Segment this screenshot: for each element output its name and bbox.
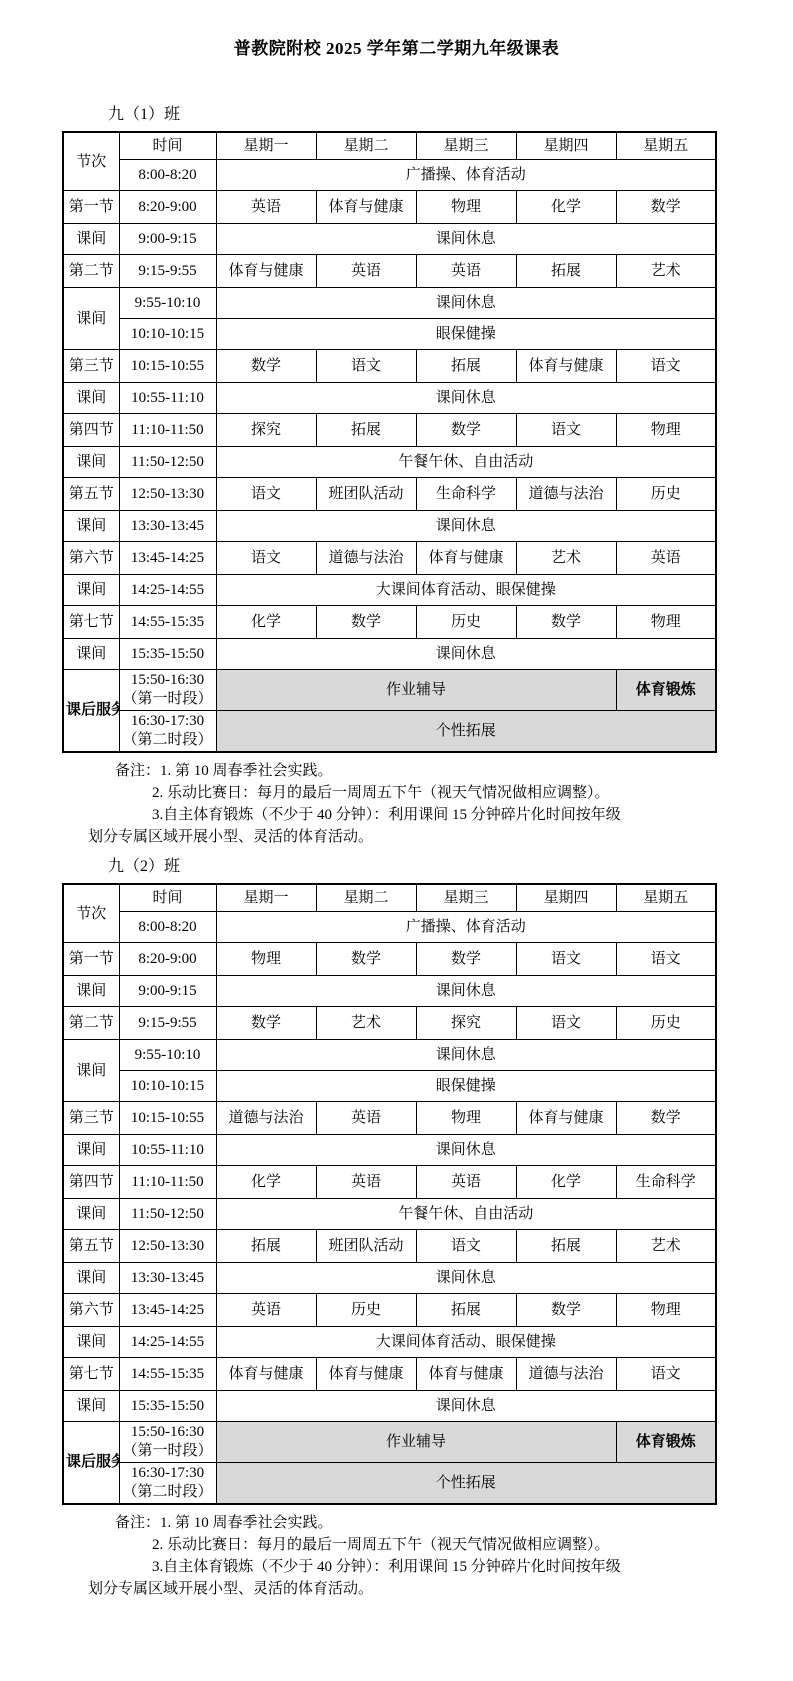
activity-cell: 课间休息 <box>216 1263 716 1294</box>
subject-cell: 数学 <box>316 606 416 639</box>
period-cell: 课后服务 <box>63 1422 119 1505</box>
subject-cell: 探究 <box>416 1007 516 1040</box>
time-cell: 9:00-9:15 <box>119 976 216 1007</box>
subject-cell: 化学 <box>216 606 316 639</box>
subject-cell: 拓展 <box>216 1230 316 1263</box>
period-cell: 第一节 <box>63 191 119 224</box>
time-cell: 11:50-12:50 <box>119 1199 216 1230</box>
time-cell: 9:15-9:55 <box>119 1007 216 1040</box>
activity-cell: 大课间体育活动、眼保健操 <box>216 1327 716 1358</box>
time-cell: 8:00-8:20 <box>119 912 216 943</box>
subject-cell: 艺术 <box>516 542 616 575</box>
activity-cell: 午餐午休、自由活动 <box>216 1199 716 1230</box>
subject-cell: 数学 <box>516 1294 616 1327</box>
activity-cell: 课间休息 <box>216 383 716 414</box>
subject-cell: 语文 <box>316 350 416 383</box>
period-cell: 课间 <box>63 447 119 478</box>
subject-cell: 道德与法治 <box>516 1358 616 1391</box>
period-cell: 第一节 <box>63 943 119 976</box>
day-header: 星期四 <box>516 132 616 160</box>
activity-cell: 课间休息 <box>216 639 716 670</box>
period-cell: 课间 <box>63 511 119 542</box>
subject-cell: 道德与法治 <box>516 478 616 511</box>
time-cell: 10:55-11:10 <box>119 1135 216 1166</box>
time-cell: 9:15-9:55 <box>119 255 216 288</box>
subject-cell: 生命科学 <box>616 1166 716 1199</box>
period-cell: 课间 <box>63 383 119 414</box>
page-title: 普教院附校 2025 学年第二学期九年级课表 <box>0 34 793 59</box>
activity-cell: 课间休息 <box>216 1040 716 1071</box>
activity-cell: 作业辅导 <box>216 1422 616 1463</box>
subject-cell: 数学 <box>216 1007 316 1040</box>
subject-cell: 体育与健康 <box>216 255 316 288</box>
time-cell: 14:25-14:55 <box>119 1327 216 1358</box>
time-cell: 12:50-13:30 <box>119 478 216 511</box>
time-cell: 15:35-15:50 <box>119 1391 216 1422</box>
activity-cell: 课间休息 <box>216 976 716 1007</box>
friday-activity-cell: 体育锻炼 <box>616 1422 716 1463</box>
day-header: 星期四 <box>516 884 616 912</box>
subject-cell: 班团队活动 <box>316 1230 416 1263</box>
day-header: 星期三 <box>416 132 516 160</box>
activity-cell: 课间休息 <box>216 511 716 542</box>
time-cell: 10:10-10:15 <box>119 1071 216 1102</box>
subject-cell: 拓展 <box>416 1294 516 1327</box>
subject-cell: 英语 <box>316 255 416 288</box>
activity-cell: 眼保健操 <box>216 319 716 350</box>
period-cell: 课后服务 <box>63 670 119 753</box>
subject-cell: 语文 <box>216 542 316 575</box>
subject-cell: 数学 <box>416 943 516 976</box>
subject-cell: 语文 <box>616 350 716 383</box>
time-col-header: 时间 <box>119 132 216 160</box>
note-line: 划分专属区域开展小型、灵活的体育活动。 <box>88 826 720 848</box>
subject-cell: 体育与健康 <box>416 542 516 575</box>
subject-cell: 历史 <box>316 1294 416 1327</box>
subject-cell: 物理 <box>616 1294 716 1327</box>
time-col-header: 时间 <box>119 884 216 912</box>
subject-cell: 数学 <box>616 191 716 224</box>
note-line: 3.自主体育锻炼（不少于 40 分钟）：利用课间 15 分钟碎片化时间按年级 <box>152 804 720 826</box>
time-cell: 10:10-10:15 <box>119 319 216 350</box>
period-cell: 课间 <box>63 639 119 670</box>
period-cell: 第五节 <box>63 1230 119 1263</box>
subject-cell: 英语 <box>316 1102 416 1135</box>
period-cell: 第二节 <box>63 255 119 288</box>
time-cell: 14:25-14:55 <box>119 575 216 606</box>
class-1-timetable: 节次时间星期一星期二星期三星期四星期五8:00-8:20广播操、体育活动第一节8… <box>62 131 717 753</box>
period-cell: 第七节 <box>63 1358 119 1391</box>
subject-cell: 语文 <box>516 1007 616 1040</box>
activity-cell: 课间休息 <box>216 224 716 255</box>
subject-cell: 拓展 <box>416 350 516 383</box>
subject-cell: 语文 <box>516 943 616 976</box>
time-cell: 8:00-8:20 <box>119 160 216 191</box>
subject-cell: 数学 <box>216 350 316 383</box>
subject-cell: 艺术 <box>616 1230 716 1263</box>
subject-cell: 化学 <box>216 1166 316 1199</box>
schedule-document: 普教院附校 2025 学年第二学期九年级课表 九（1）班 节次时间星期一星期二星… <box>0 0 793 1600</box>
period-cell: 第二节 <box>63 1007 119 1040</box>
subject-cell: 拓展 <box>316 414 416 447</box>
period-cell: 课间 <box>63 976 119 1007</box>
friday-activity-cell: 体育锻炼 <box>616 670 716 711</box>
subject-cell: 生命科学 <box>416 478 516 511</box>
subject-cell: 道德与法治 <box>216 1102 316 1135</box>
day-header: 星期二 <box>316 884 416 912</box>
time-cell: 13:45-14:25 <box>119 1294 216 1327</box>
subject-cell: 历史 <box>616 478 716 511</box>
period-cell: 第七节 <box>63 606 119 639</box>
class-2-notes: 备注：1. 第 10 周春季社会实践。2. 乐动比赛日：每月的最后一周周五下午（… <box>88 1512 720 1600</box>
subject-cell: 数学 <box>316 943 416 976</box>
time-cell: 8:20-9:00 <box>119 191 216 224</box>
period-cell: 第六节 <box>63 542 119 575</box>
subject-cell: 班团队活动 <box>316 478 416 511</box>
note-line: 2. 乐动比赛日：每月的最后一周周五下午（视天气情况做相应调整）。 <box>152 782 720 804</box>
period-cell: 课间 <box>63 1199 119 1230</box>
note-line: 3.自主体育锻炼（不少于 40 分钟）：利用课间 15 分钟碎片化时间按年级 <box>152 1556 720 1578</box>
subject-cell: 物理 <box>616 606 716 639</box>
subject-cell: 道德与法治 <box>316 542 416 575</box>
time-cell: 11:10-11:50 <box>119 1166 216 1199</box>
time-cell: 16:30-17:30（第二时段） <box>119 711 216 753</box>
subject-cell: 数学 <box>416 414 516 447</box>
period-cell: 第四节 <box>63 414 119 447</box>
period-cell: 课间 <box>63 1040 119 1102</box>
subject-cell: 物理 <box>416 1102 516 1135</box>
time-cell: 14:55-15:35 <box>119 606 216 639</box>
subject-cell: 探究 <box>216 414 316 447</box>
period-cell: 第五节 <box>63 478 119 511</box>
period-cell: 课间 <box>63 224 119 255</box>
subject-cell: 英语 <box>616 542 716 575</box>
time-cell: 13:30-13:45 <box>119 511 216 542</box>
subject-cell: 英语 <box>416 1166 516 1199</box>
day-header: 星期一 <box>216 884 316 912</box>
day-header: 星期二 <box>316 132 416 160</box>
subject-cell: 语文 <box>616 943 716 976</box>
subject-cell: 语文 <box>216 478 316 511</box>
subject-cell: 体育与健康 <box>516 350 616 383</box>
day-header: 星期五 <box>616 132 716 160</box>
day-header: 星期五 <box>616 884 716 912</box>
subject-cell: 英语 <box>316 1166 416 1199</box>
subject-cell: 语文 <box>416 1230 516 1263</box>
activity-cell: 大课间体育活动、眼保健操 <box>216 575 716 606</box>
note-line: 备注：1. 第 10 周春季社会实践。 <box>115 1512 720 1534</box>
time-cell: 15:35-15:50 <box>119 639 216 670</box>
period-col-header: 节次 <box>63 132 119 191</box>
subject-cell: 物理 <box>616 414 716 447</box>
day-header: 星期一 <box>216 132 316 160</box>
time-cell: 14:55-15:35 <box>119 1358 216 1391</box>
time-cell: 9:00-9:15 <box>119 224 216 255</box>
subject-cell: 英语 <box>216 1294 316 1327</box>
period-cell: 第六节 <box>63 1294 119 1327</box>
period-cell: 第四节 <box>63 1166 119 1199</box>
subject-cell: 艺术 <box>616 255 716 288</box>
activity-cell: 课间休息 <box>216 1391 716 1422</box>
time-cell: 11:10-11:50 <box>119 414 216 447</box>
time-cell: 8:20-9:00 <box>119 943 216 976</box>
subject-cell: 拓展 <box>516 1230 616 1263</box>
time-cell: 9:55-10:10 <box>119 288 216 319</box>
subject-cell: 英语 <box>216 191 316 224</box>
time-cell: 11:50-12:50 <box>119 447 216 478</box>
class-1-notes: 备注：1. 第 10 周春季社会实践。2. 乐动比赛日：每月的最后一周周五下午（… <box>88 760 720 848</box>
subject-cell: 物理 <box>416 191 516 224</box>
note-line: 划分专属区域开展小型、灵活的体育活动。 <box>88 1578 720 1600</box>
time-cell: 13:30-13:45 <box>119 1263 216 1294</box>
time-cell: 15:50-16:30（第一时段） <box>119 670 216 711</box>
subject-cell: 化学 <box>516 1166 616 1199</box>
class-1-section: 九（1）班 节次时间星期一星期二星期三星期四星期五8:00-8:20广播操、体育… <box>62 101 720 848</box>
subject-cell: 体育与健康 <box>316 191 416 224</box>
class-2-timetable: 节次时间星期一星期二星期三星期四星期五8:00-8:20广播操、体育活动第一节8… <box>62 883 717 1505</box>
subject-cell: 历史 <box>616 1007 716 1040</box>
subject-cell: 数学 <box>616 1102 716 1135</box>
subject-cell: 艺术 <box>316 1007 416 1040</box>
time-cell: 12:50-13:30 <box>119 1230 216 1263</box>
subject-cell: 语文 <box>516 414 616 447</box>
period-col-header: 节次 <box>63 884 119 943</box>
time-cell: 9:55-10:10 <box>119 1040 216 1071</box>
activity-cell: 个性拓展 <box>216 1463 716 1505</box>
subject-cell: 数学 <box>516 606 616 639</box>
period-cell: 课间 <box>63 1327 119 1358</box>
activity-cell: 课间休息 <box>216 288 716 319</box>
subject-cell: 体育与健康 <box>316 1358 416 1391</box>
time-cell: 15:50-16:30（第一时段） <box>119 1422 216 1463</box>
subject-cell: 历史 <box>416 606 516 639</box>
class-2-label: 九（2）班 <box>108 853 720 876</box>
activity-cell: 广播操、体育活动 <box>216 160 716 191</box>
activity-cell: 个性拓展 <box>216 711 716 753</box>
activity-cell: 眼保健操 <box>216 1071 716 1102</box>
time-cell: 16:30-17:30（第二时段） <box>119 1463 216 1505</box>
time-cell: 10:55-11:10 <box>119 383 216 414</box>
activity-cell: 课间休息 <box>216 1135 716 1166</box>
period-cell: 课间 <box>63 1135 119 1166</box>
subject-cell: 体育与健康 <box>416 1358 516 1391</box>
note-line: 备注：1. 第 10 周春季社会实践。 <box>115 760 720 782</box>
class-1-label: 九（1）班 <box>108 101 720 124</box>
period-cell: 第三节 <box>63 350 119 383</box>
period-cell: 课间 <box>63 1263 119 1294</box>
time-cell: 10:15-10:55 <box>119 1102 216 1135</box>
activity-cell: 作业辅导 <box>216 670 616 711</box>
subject-cell: 体育与健康 <box>216 1358 316 1391</box>
day-header: 星期三 <box>416 884 516 912</box>
activity-cell: 广播操、体育活动 <box>216 912 716 943</box>
time-cell: 13:45-14:25 <box>119 542 216 575</box>
subject-cell: 物理 <box>216 943 316 976</box>
time-cell: 10:15-10:55 <box>119 350 216 383</box>
subject-cell: 拓展 <box>516 255 616 288</box>
subject-cell: 语文 <box>616 1358 716 1391</box>
class-2-section: 九（2）班 节次时间星期一星期二星期三星期四星期五8:00-8:20广播操、体育… <box>62 853 720 1600</box>
subject-cell: 化学 <box>516 191 616 224</box>
period-cell: 第三节 <box>63 1102 119 1135</box>
period-cell: 课间 <box>63 1391 119 1422</box>
note-line: 2. 乐动比赛日：每月的最后一周周五下午（视天气情况做相应调整）。 <box>152 1534 720 1556</box>
activity-cell: 午餐午休、自由活动 <box>216 447 716 478</box>
subject-cell: 英语 <box>416 255 516 288</box>
subject-cell: 体育与健康 <box>516 1102 616 1135</box>
period-cell: 课间 <box>63 575 119 606</box>
period-cell: 课间 <box>63 288 119 350</box>
